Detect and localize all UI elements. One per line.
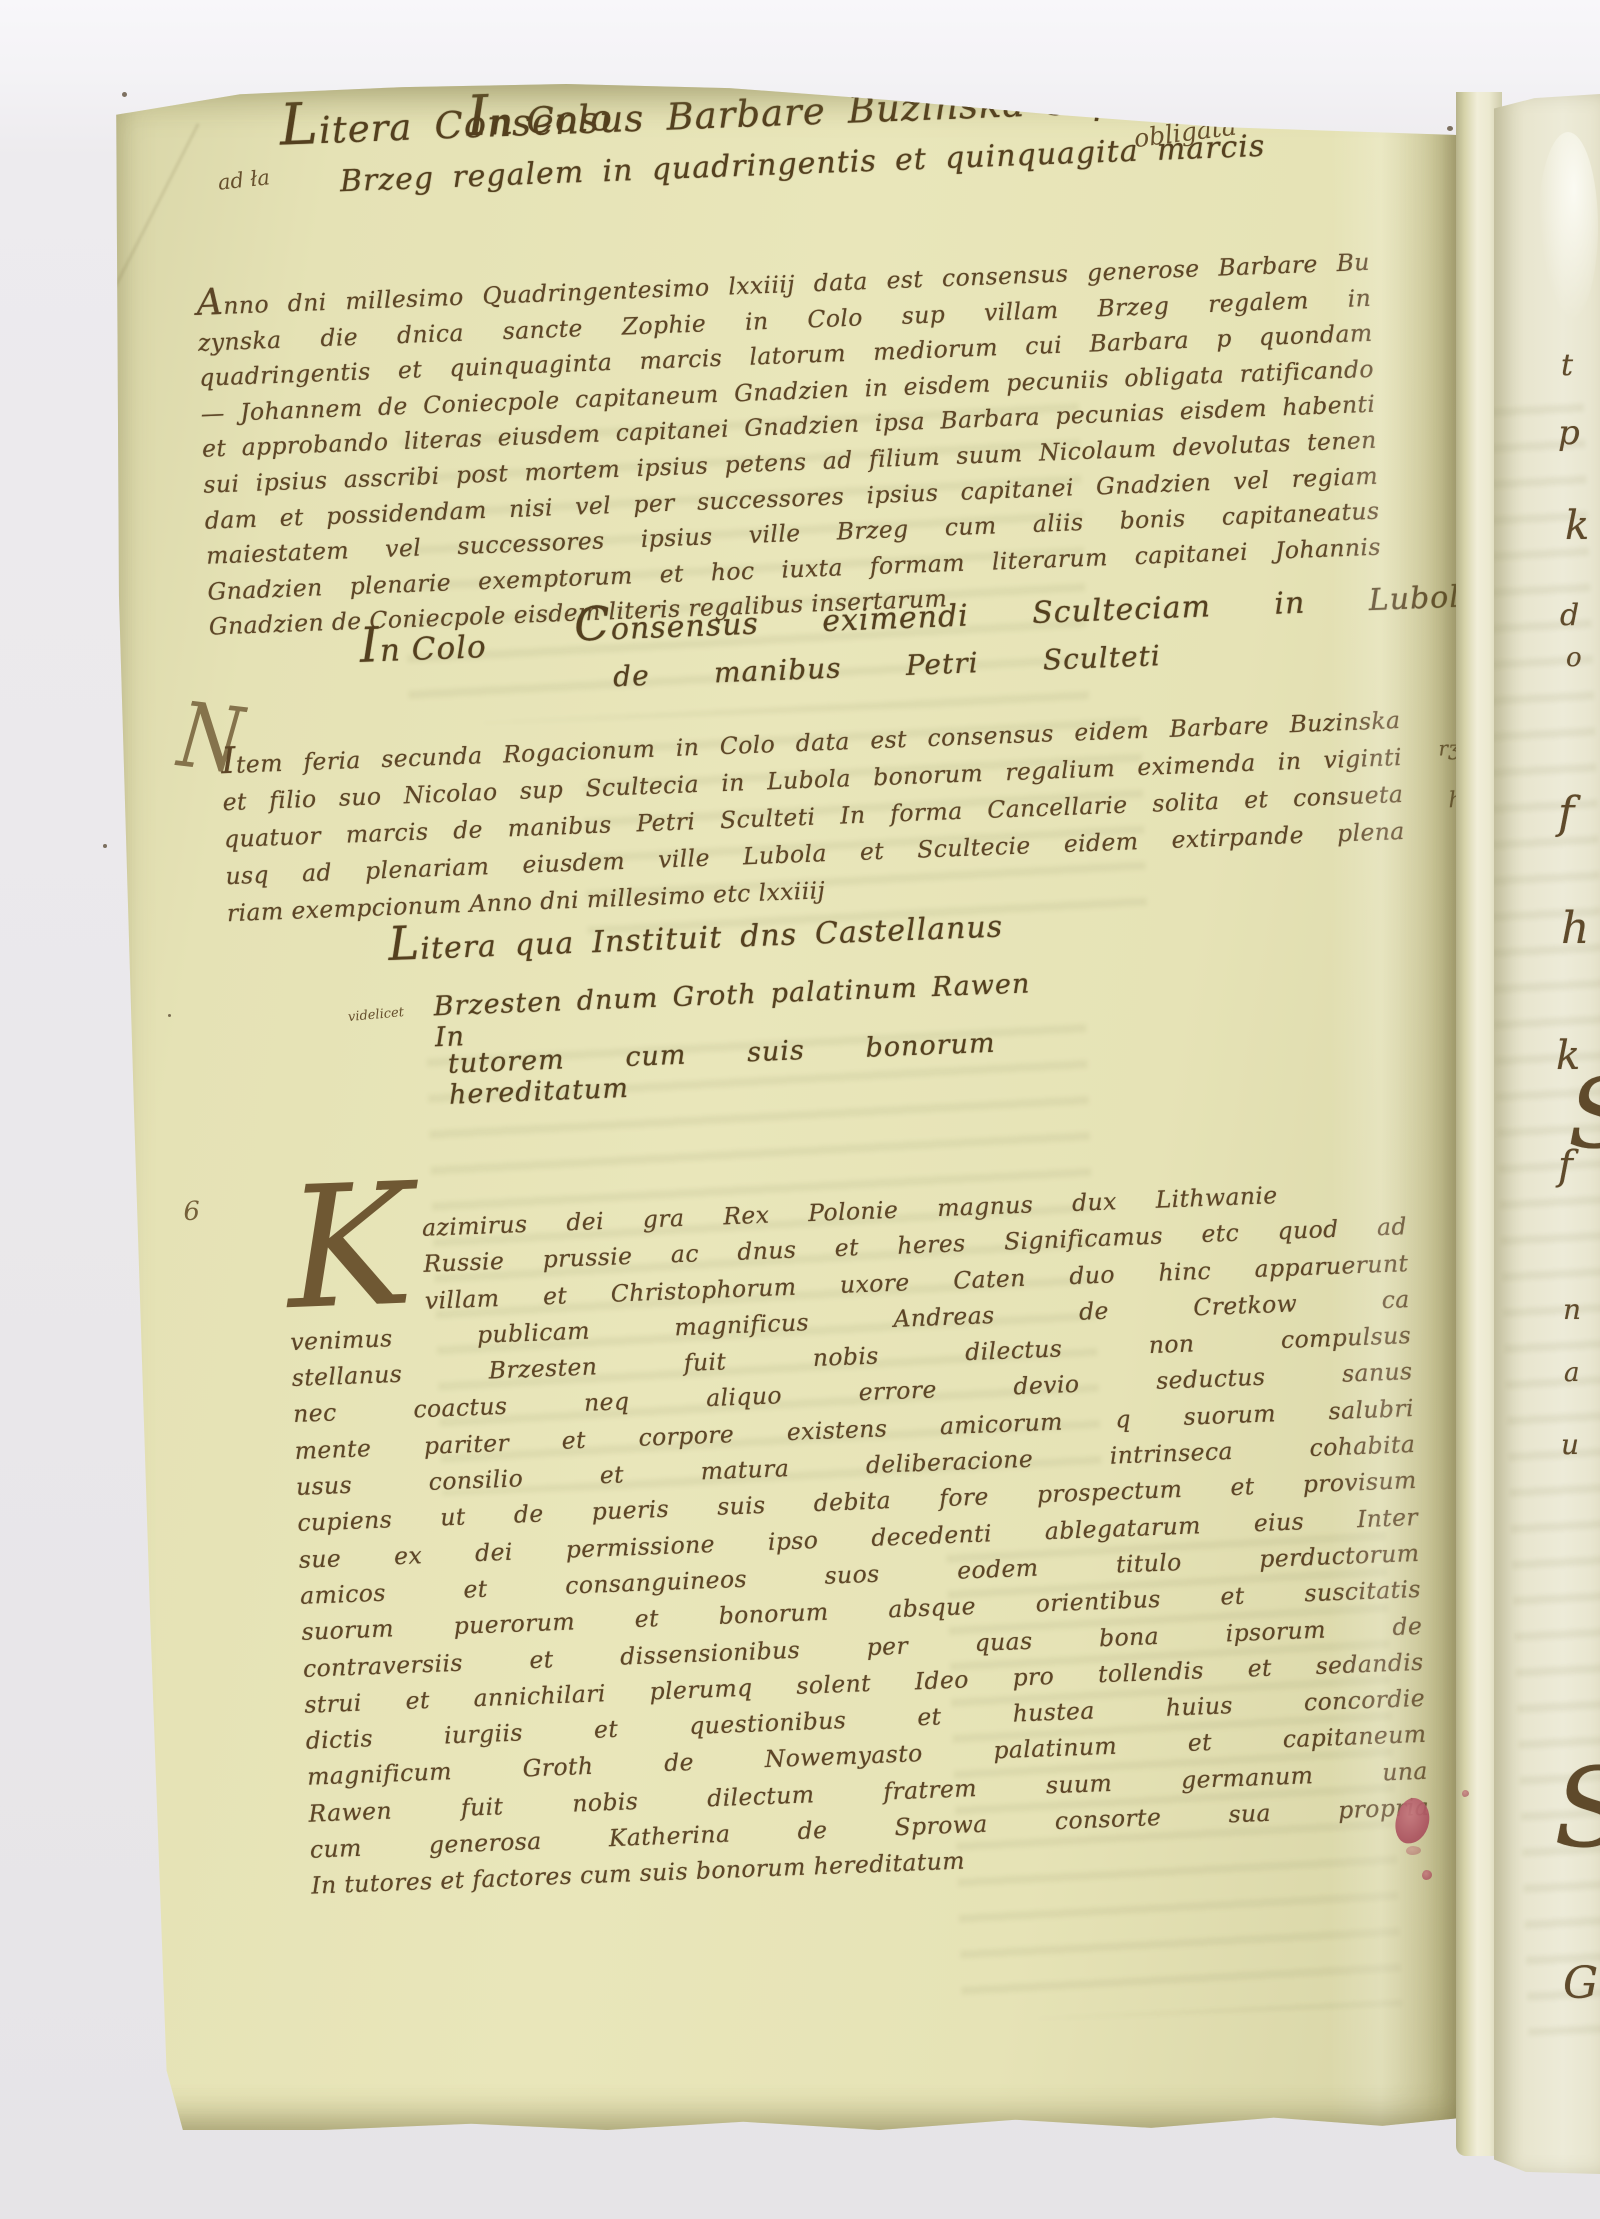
next-page-text-fragment: h [1561,903,1589,954]
page-curl-highlight [1538,132,1598,322]
entry2-title-line-2: de manibus Petri Sculteti [613,639,1162,693]
next-page-text-fragment: S [1554,1744,1600,1872]
manuscript-left-page: In Colo obligata Litera Consensus Barbar… [104,84,1464,2132]
ink-speck [1447,126,1453,131]
next-page-text-fragment: o [1566,643,1582,673]
next-page-text-fragment: f [1558,788,1574,839]
entry1-body: Anno dni millesimo Quadringentesimo lxxi… [196,245,1383,646]
next-page-text-fragment: d [1560,598,1579,633]
entry2-place-head: In Colo [359,629,487,670]
next-page-text-fragment: G [1563,1958,1598,2009]
photo-backdrop: In Colo obligata Litera Consensus Barbar… [0,0,1600,2219]
next-page-text-fragment: f [1558,1143,1573,1189]
entry3-body: Kazimirus dei gra Rex Polonie magnus dux… [286,1172,1432,1904]
ink-speck [122,92,127,97]
next-page-text-fragment: t [1561,348,1573,383]
entry3-margin-numeral: 6 [183,1196,201,1227]
ink-speck [103,844,107,848]
next-page-text-fragment: u [1561,1428,1579,1461]
manuscript-right-page-edge: t p k d o f h k S f n a u S G [1494,94,1600,2174]
next-page-text-fragment: p [1558,413,1580,453]
entry1-margin-note: ad ła [217,165,271,194]
next-page-text-fragment: k [1565,503,1589,549]
ink-speck [168,1014,171,1017]
next-page-text-fragment: n [1563,1293,1581,1326]
handwriting-layer: In Colo obligata Litera Consensus Barbar… [96,35,1534,2134]
entry3-interlinear-note: videlicet [347,1005,404,1025]
next-page-text-fragment: a [1564,1358,1580,1388]
entry2-body: Item feria secunda Rogacionum in Colo da… [221,702,1407,932]
